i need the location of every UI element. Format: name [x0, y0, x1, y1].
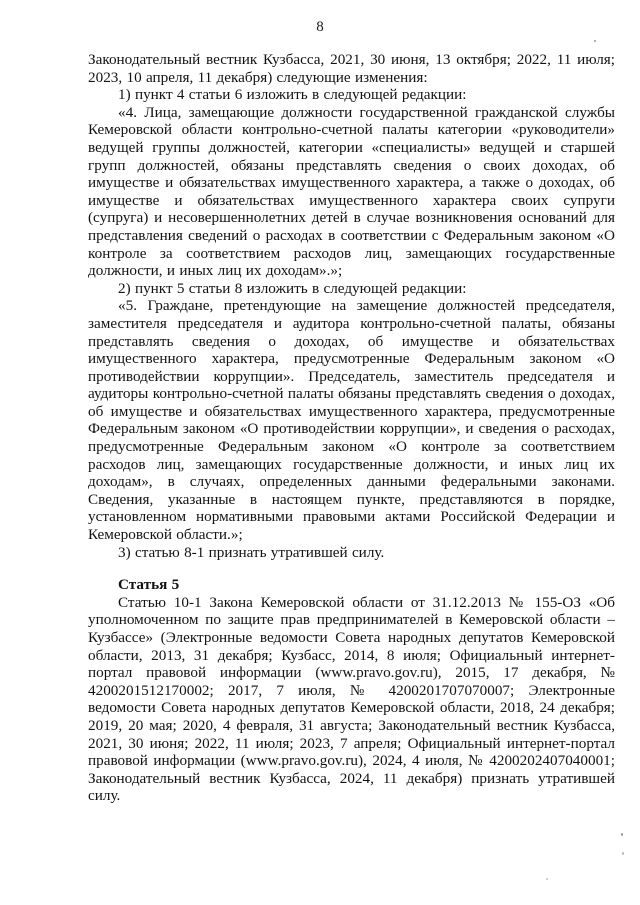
paragraph-quoted-point-5: «5. Граждане, претендующие на замещение …: [88, 297, 615, 543]
document-body: Законодательный вестник Кузбасса, 2021, …: [88, 51, 615, 805]
list-item-amendment-2: 2) пункт 5 статьи 8 изложить в следующей…: [88, 280, 615, 298]
article-5-heading: Статья 5: [88, 576, 615, 594]
scan-noise-speck: [622, 852, 624, 855]
list-item-amendment-1: 1) пункт 4 статьи 6 изложить в следующей…: [88, 86, 615, 104]
scanned-document-page: 8 Законодательный вестник Кузбасса, 2021…: [0, 0, 640, 905]
paragraph-article-5-body: Статью 10-1 Закона Кемеровской области о…: [88, 594, 615, 805]
paragraph-publication-sources-continuation: Законодательный вестник Кузбасса, 2021, …: [88, 51, 615, 86]
scan-noise-speck: [546, 878, 548, 880]
scan-noise-speck: [621, 833, 623, 836]
paragraph-quoted-point-4: «4. Лица, замещающие должности государст…: [88, 104, 615, 280]
page-number: 8: [0, 19, 640, 36]
list-item-amendment-3: 3) статью 8-1 признать утратившей силу.: [88, 544, 615, 562]
scan-noise-speck: [594, 40, 596, 42]
